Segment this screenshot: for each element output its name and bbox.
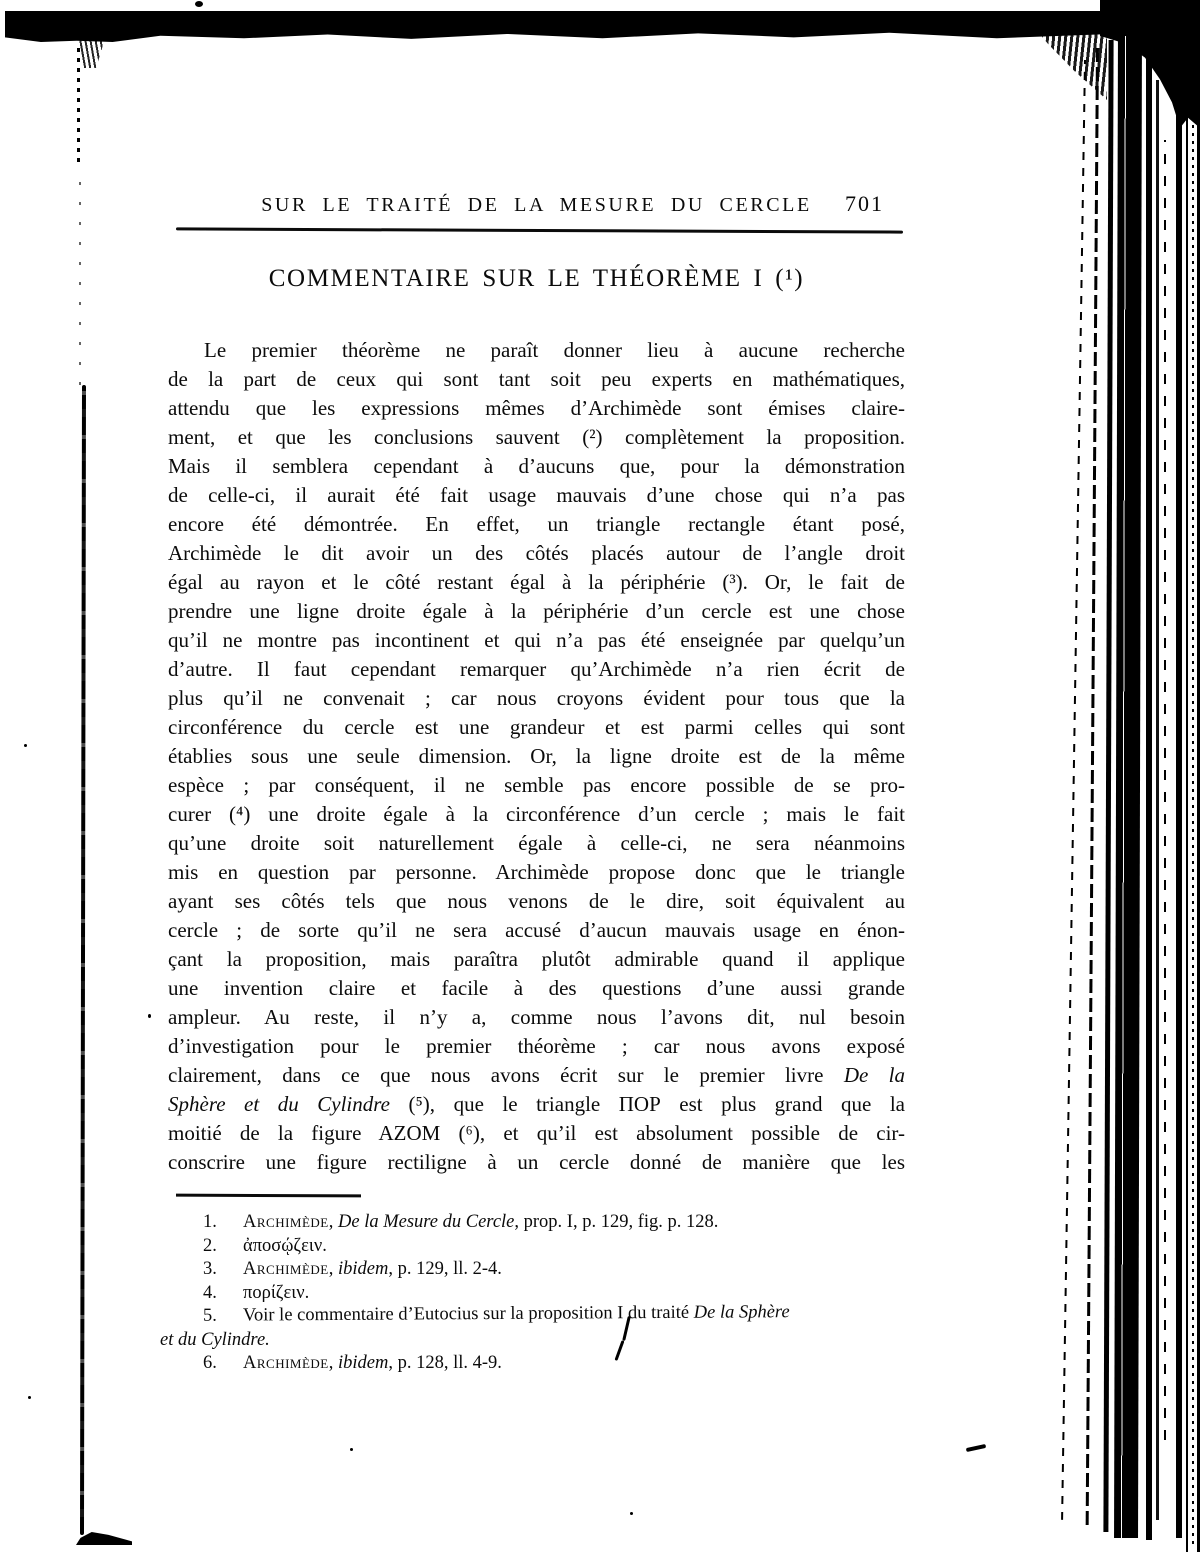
body-line: qu’il ne montre pas incontinent et qui n… [168, 626, 905, 655]
body-line: conscrire une figure rectiligne à un cer… [168, 1148, 905, 1177]
body-line: mis en question par personne. Archimède … [168, 858, 905, 887]
body-line: de celle-ci, il aurait été fait usage ma… [168, 481, 905, 510]
scan-artifact-binding-streak [1156, 80, 1159, 1520]
ink-speck [195, 1, 203, 7]
scan-artifact-left-streak [80, 385, 86, 1535]
footnote-rule [176, 1194, 361, 1197]
running-title: SUR LE TRAITÉ DE LA MESURE DU CERCLE [168, 194, 905, 217]
body-line: clairement, dans ce que nous avons écrit… [168, 1061, 905, 1090]
ink-speck [28, 1396, 31, 1399]
footnote-line: et du Cylindre. [160, 1329, 910, 1353]
body-line: prendre une ligne droite égale à la péri… [168, 597, 905, 626]
scan-artifact-binding-streak [1176, 18, 1182, 1538]
header-rule [176, 227, 903, 233]
body-line: d’autre. Il faut cependant remarquer qu’… [168, 655, 905, 684]
scan-artifact-binding-streak [1146, 34, 1152, 1540]
scan-artifact-left-streak [77, 44, 80, 162]
ink-speck [350, 1448, 353, 1451]
footnote-line: 2.ἀποσῴζειν. [168, 1235, 910, 1259]
body-line: attendu que les expressions mêmes d’Arch… [168, 394, 905, 423]
section-title: COMMENTAIRE SUR LE THÉORÈME I (¹) [168, 265, 905, 293]
body-line: qu’une droite soit naturellement égale à… [168, 829, 905, 858]
body-text: Le premier théorème ne paraît donner lie… [168, 336, 905, 1177]
ink-speck [148, 1014, 151, 1018]
body-line: ampleur. Au reste, il n’y a, comme nous … [168, 1003, 905, 1032]
scan-artifact-binding-streak [1186, 0, 1188, 1552]
body-line: encore été démontrée. En effet, un trian… [168, 510, 905, 539]
body-line: plus qu’il ne convenait ; car nous croyo… [168, 684, 905, 713]
scan-artifact-binding-streak [1086, 45, 1099, 1525]
body-line: çant la proposition, mais paraîtra plutô… [168, 945, 905, 974]
body-line: Archimède le dit avoir un des côtés plac… [168, 539, 905, 568]
footnote-line: 1.Archimède, De la Mesure du Cercle, pro… [168, 1211, 910, 1235]
body-line: établies sous une seule dimension. Or, l… [168, 742, 905, 771]
body-line: curer (⁴) une droite égale à la circonfé… [168, 800, 905, 829]
footnote-line: 3.Archimède, ibidem, p. 129, ll. 2-4. [168, 1258, 910, 1282]
scan-artifact-binding-streak [1164, 140, 1166, 1440]
scan-artifact-left-streak [76, 1532, 132, 1545]
body-line: espèce ; par conséquent, il ne semble pa… [168, 771, 905, 800]
body-line: d’investigation pour le premier théorème… [168, 1032, 905, 1061]
body-line: circonférence du cercle est une grandeur… [168, 713, 905, 742]
body-line: ayant ses côtés tels que nous venons de … [168, 887, 905, 916]
ink-speck [966, 1444, 986, 1452]
footnote-line: 5.Voir le commentaire d’Eutocius sur la … [168, 1300, 910, 1328]
body-line: Mais il semblera cependant à d’aucuns qu… [168, 452, 905, 481]
body-line: Sphère et du Cylindre (⁵), que le triang… [168, 1090, 905, 1119]
body-line: Le premier théorème ne paraît donner lie… [168, 336, 905, 365]
scan-artifact-binding-streak [1103, 40, 1113, 1532]
body-line: une invention claire et facile à des que… [168, 974, 905, 1003]
footnote-line: 6.Archimède, ibidem, p. 128, ll. 4-9. [168, 1352, 910, 1376]
ink-speck [630, 1512, 633, 1515]
ink-speck [24, 744, 27, 747]
body-line: égal au rayon et le côté restant égal à … [168, 568, 905, 597]
body-line: moitié de la figure AZOM (⁶), et qu’il e… [168, 1119, 905, 1148]
scan-artifact-binding-streak [1061, 60, 1086, 1520]
scan-artifact-top-bar [5, 11, 1200, 42]
body-line: ment, et que les conclusions sauvent (²)… [168, 423, 905, 452]
footnotes: 1.Archimède, De la Mesure du Cercle, pro… [168, 1211, 910, 1376]
scan-artifact-binding-streak [1192, 8, 1194, 1544]
page-number: 701 [845, 191, 884, 217]
body-line: cercle ; de sorte qu’il ne sera accusé d… [168, 916, 905, 945]
scan-artifact-binding-streak [1114, 36, 1142, 1538]
body-line: de la part de ceux qui sont tant soit pe… [168, 365, 905, 394]
scan-artifact-left-streak [79, 165, 81, 385]
scanned-book-page: { "colors": { "ink": "#0b0b0b", "paper":… [0, 0, 1200, 1552]
